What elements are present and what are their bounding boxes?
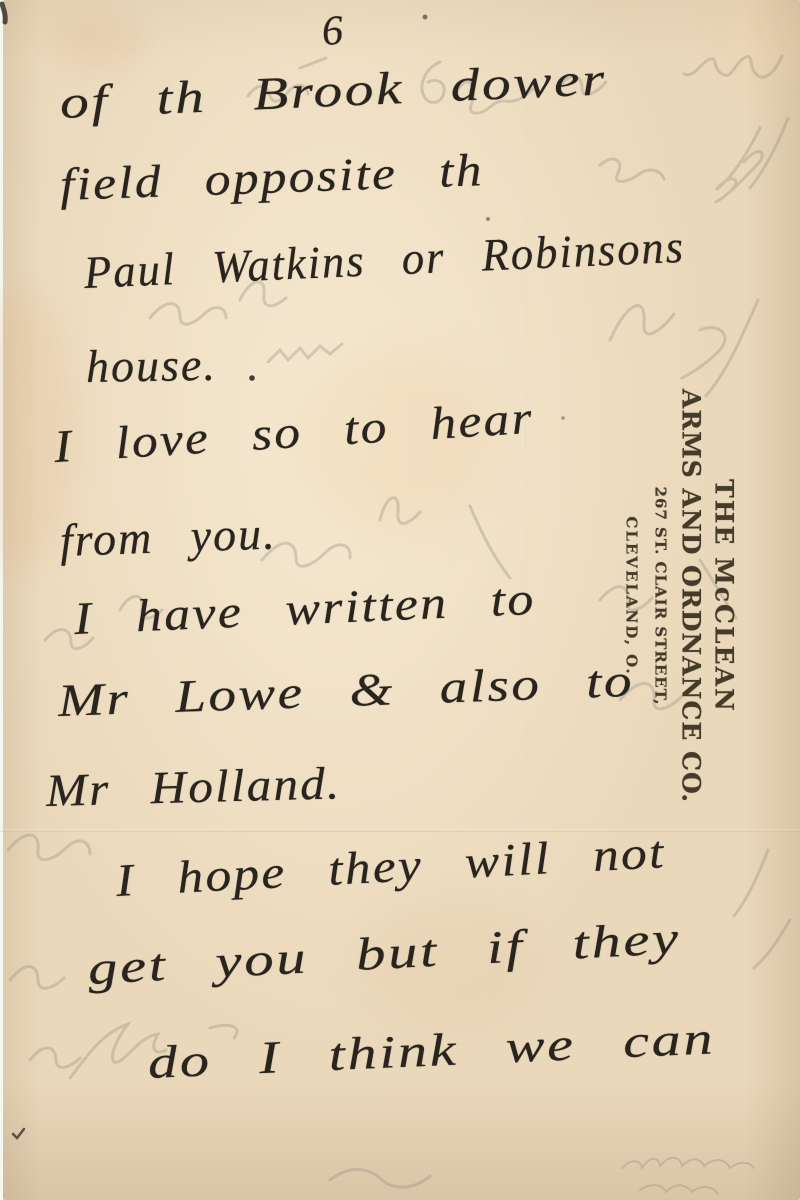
letterhead-city: CLEVELAND, O. <box>622 389 642 803</box>
handwritten-line: from you. <box>59 506 277 567</box>
fold-crease-horizontal <box>0 829 800 832</box>
letterhead: THE McCLEAN ARMS AND ORDNANCE CO. 267 ST… <box>622 389 739 803</box>
letterhead-company-line1: THE McCLEAN <box>709 389 739 803</box>
handwritten-line: house. <box>86 338 218 393</box>
page-number: 6 <box>320 6 346 55</box>
handwritten-line: Mr Holland. <box>45 756 342 817</box>
letterhead-street-address: 267 ST. CLAIR STREET, <box>651 389 671 803</box>
letterhead-company-line2: ARMS AND ORDNANCE CO. <box>676 389 706 803</box>
